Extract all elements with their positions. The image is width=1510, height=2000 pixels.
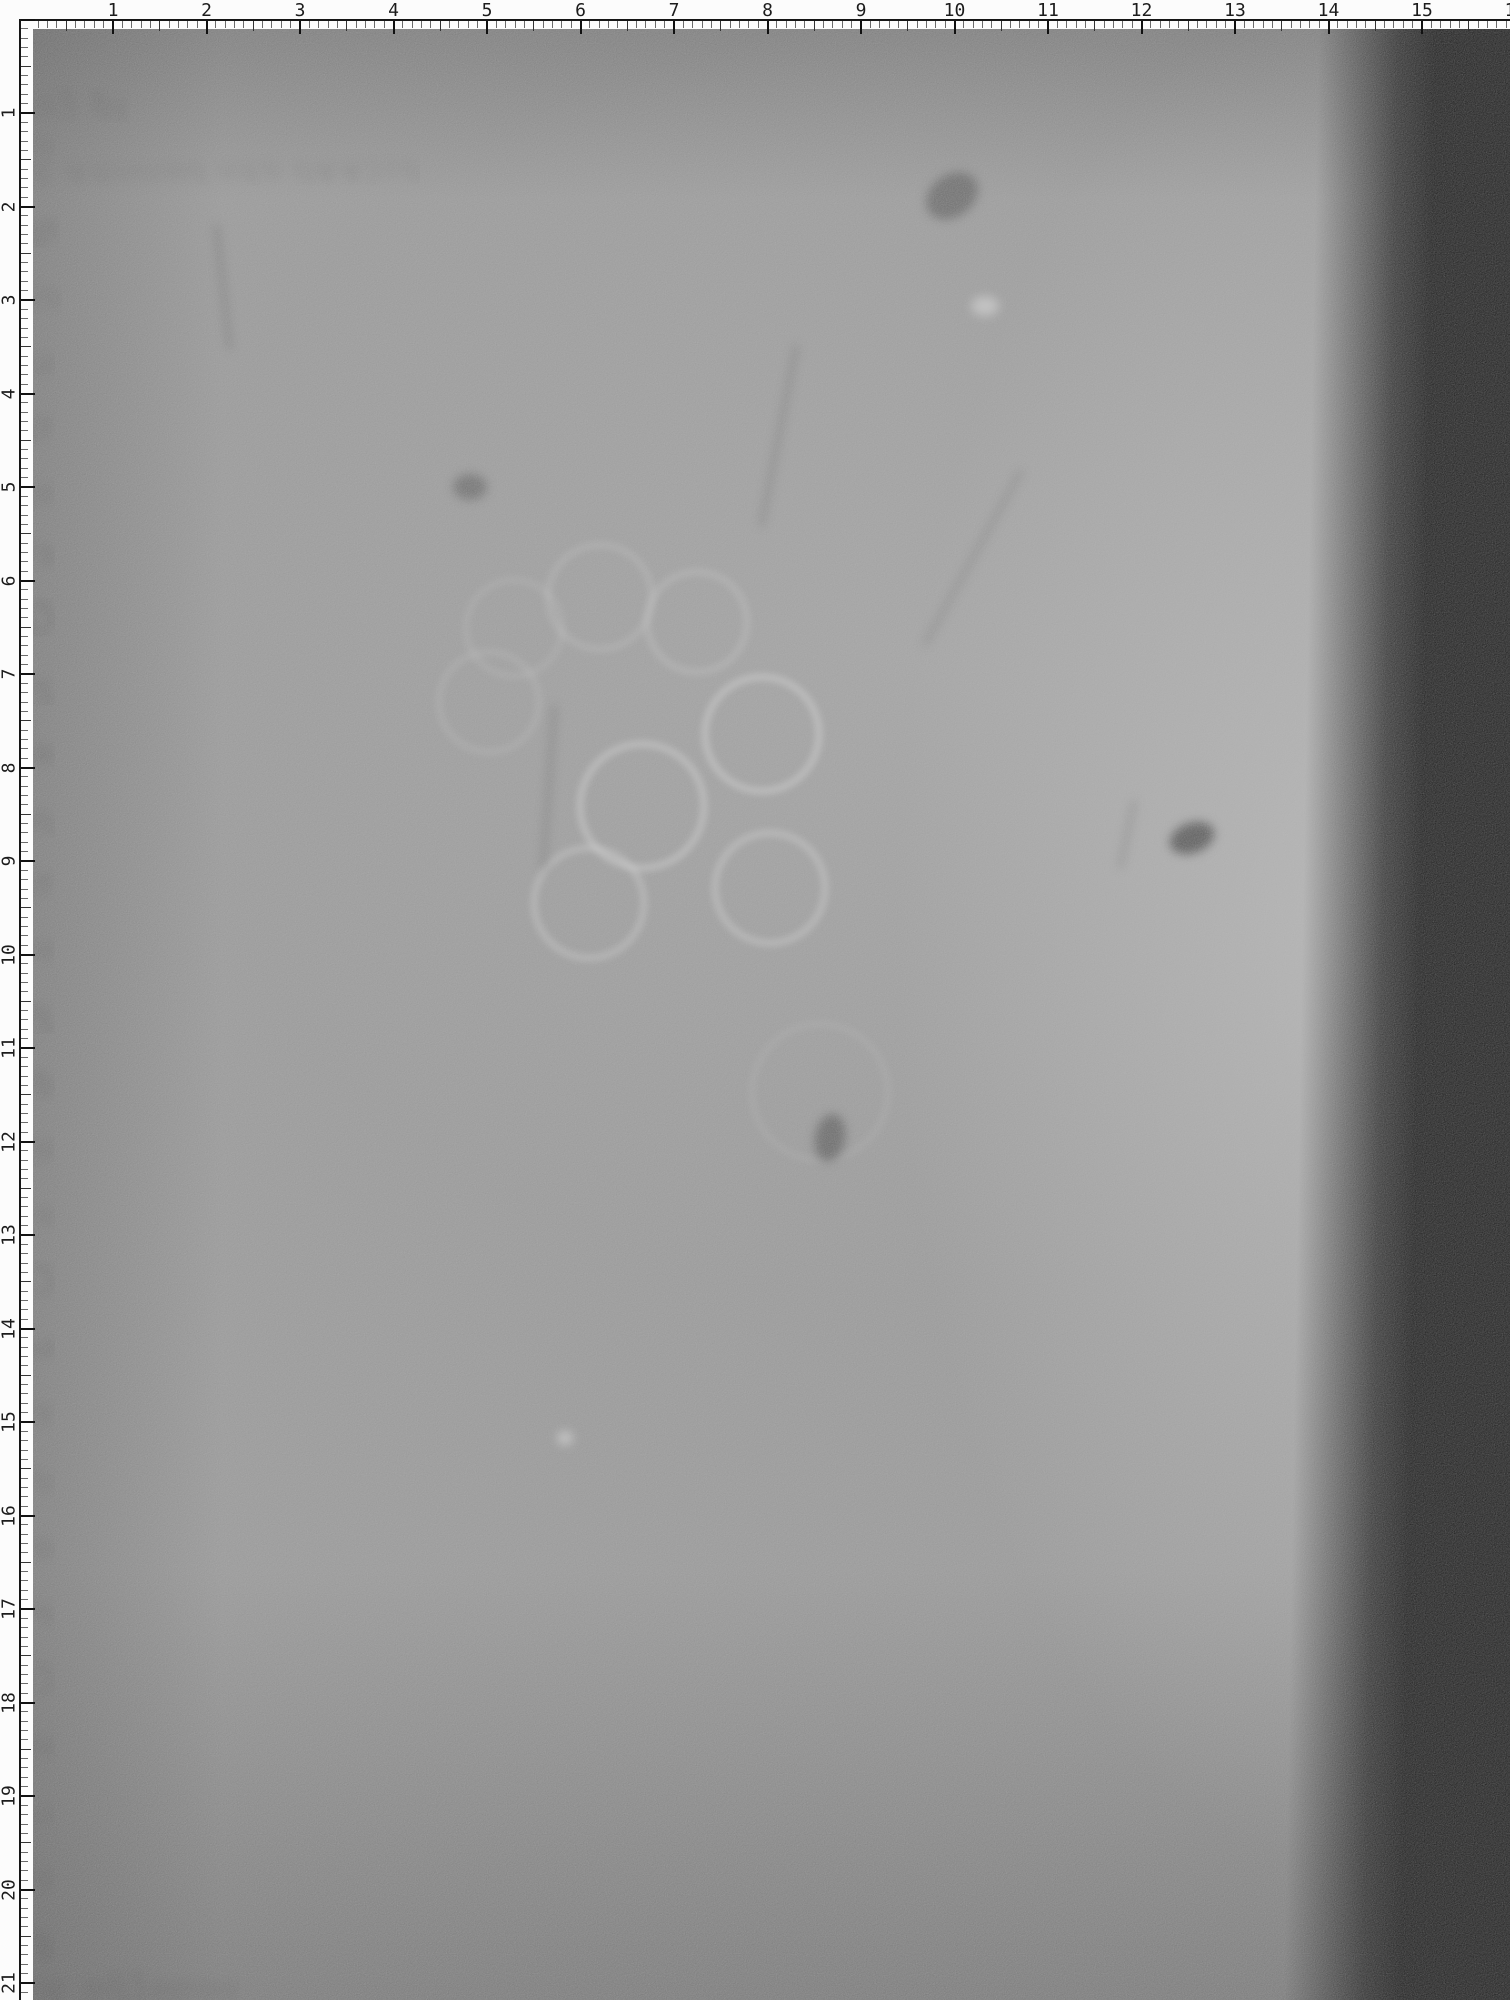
ruler-tick: [748, 21, 749, 28]
ruler-tick: [131, 21, 132, 28]
ruler-tick: [21, 823, 28, 824]
ruler-tick: [21, 1889, 35, 1891]
ruler-tick: [21, 1253, 28, 1254]
ruler-tick: [21, 702, 28, 703]
ruler-tick: [1066, 21, 1067, 28]
ink-blot: [811, 1112, 849, 1164]
ruler-tick: [21, 1814, 28, 1815]
ruler-tick: [21, 617, 28, 618]
ruler-tick: [243, 21, 244, 28]
ruler-tick: [21, 982, 28, 983]
ruler-tick: [150, 21, 151, 28]
ruler-tick: [21, 1562, 31, 1563]
ruler-tick: [21, 673, 35, 675]
ruler-left-label: 15: [0, 1411, 20, 1433]
ruler-tick: [1506, 21, 1507, 28]
ruler-tick: [21, 898, 28, 899]
ruler-top-label: 13: [1224, 0, 1246, 21]
ruler-tick: [1468, 21, 1469, 31]
ruler-tick: [21, 56, 28, 57]
ruler-tick: [449, 21, 450, 28]
ruler-tick: [21, 328, 28, 329]
ruler-tick: [21, 374, 28, 375]
ruler-tick: [21, 608, 28, 609]
ruler-tick: [1216, 21, 1217, 28]
ink-stroke: [541, 705, 556, 870]
ruler-tick: [206, 21, 208, 34]
ruler-left-label: 10: [0, 944, 20, 966]
ruler-tick: [21, 1842, 31, 1843]
ruler-tick: [636, 21, 637, 28]
ruler-tick: [21, 290, 28, 291]
ink-stroke: [760, 345, 798, 527]
ruler-tick: [1038, 21, 1039, 28]
ruler-tick: [21, 1973, 28, 1974]
ruler-left-label: 17: [0, 1598, 20, 1620]
ruler-tick: [1225, 21, 1226, 28]
ruler-tick: [477, 21, 478, 28]
ruler-tick: [21, 1721, 28, 1722]
ruler-tick: [21, 1169, 28, 1170]
ruler-tick: [515, 21, 516, 28]
ruler-tick: [496, 21, 497, 28]
ruler-tick: [711, 21, 712, 28]
ruler-tick: [21, 580, 35, 582]
ruler-tick: [21, 1337, 28, 1338]
ruler-tick: [21, 1356, 28, 1357]
ruler-tick: [21, 767, 35, 769]
ruler-tick: [21, 1777, 28, 1778]
ruler-tick: [21, 1216, 28, 1217]
ruler-tick: [907, 21, 908, 31]
ruler-tick: [21, 1150, 28, 1151]
ruler-tick: [21, 1852, 28, 1853]
ruler-tick: [1309, 21, 1310, 28]
ruler-tick: [309, 21, 310, 28]
ruler-tick: [21, 47, 28, 48]
ruler-tick: [384, 21, 385, 28]
ruler-tick: [1272, 21, 1273, 28]
ruler-tick: [683, 21, 684, 28]
ruler-top-label: 10: [944, 0, 966, 21]
ruler-tick: [1206, 21, 1207, 28]
ruler-left-label: 12: [0, 1131, 20, 1153]
ruler-tick: [21, 75, 28, 76]
ink-blot: [917, 163, 987, 230]
ruler-tick: [21, 973, 28, 974]
ruler-tick: [21, 421, 28, 422]
ruler-tick: [982, 21, 983, 28]
ruler-tick: [21, 112, 35, 114]
ruler-tick: [692, 21, 693, 28]
ruler-tick: [21, 1197, 28, 1198]
ruler-tick: [21, 571, 28, 572]
ruler-tick: [21, 430, 28, 431]
ink-stroke: [215, 225, 231, 350]
ruler-tick: [1010, 21, 1011, 28]
manuscript-page: γβ ξοτωυγ μμ γρ εαο οβ σαη ξμοαγξ ωμμυζε…: [33, 29, 1510, 2000]
ruler-tick: [627, 21, 628, 31]
ruler-tick: [21, 1122, 28, 1123]
ruler-tick: [21, 963, 28, 964]
ruler-tick: [589, 21, 590, 28]
ruler-tick: [21, 860, 35, 862]
ruler-tick: [21, 1637, 28, 1638]
ruler-tick: [524, 21, 525, 28]
ruler-tick: [21, 589, 28, 590]
ruler-tick: [21, 1010, 28, 1011]
ruler-tick: [1076, 21, 1077, 28]
ruler-tick: [21, 1665, 28, 1666]
ruler-tick: [365, 21, 366, 28]
ruler-tick: [1431, 21, 1432, 28]
ruler-tick: [21, 1926, 28, 1927]
ruler-left-label: 1: [0, 108, 20, 119]
ruler-top-label: 4: [388, 0, 399, 21]
ruler-tick: [21, 1038, 28, 1039]
ruler-tick: [21, 1861, 28, 1862]
ruler-tick: [21, 533, 31, 534]
ruler-tick: [21, 1468, 31, 1469]
ruler-tick: [21, 1206, 28, 1207]
ruler-tick: [21, 1599, 28, 1600]
ruler-top-label: 14: [1318, 0, 1340, 21]
ruler-tick: [860, 21, 862, 34]
ruler-tick: [21, 645, 28, 646]
ruler-tick: [21, 758, 28, 759]
ruler-tick: [21, 991, 28, 992]
ruler-tick: [645, 21, 646, 28]
ruler-top-label: 11: [1037, 0, 1059, 21]
ruler-tick: [580, 21, 582, 34]
ruler-tick: [21, 1365, 28, 1366]
ruler-tick: [543, 21, 544, 28]
ruler-tick: [393, 21, 395, 34]
ruler-tick: [935, 21, 936, 28]
ruler-tick: [1141, 21, 1143, 34]
ruler-tick: [21, 1506, 28, 1507]
ruler-tick: [21, 1375, 31, 1376]
ruler-tick: [21, 150, 28, 151]
ruler-tick: [767, 21, 769, 34]
ruler-tick: [56, 21, 57, 28]
ruler-tick: [21, 1870, 28, 1871]
ruler-tick: [21, 1655, 31, 1656]
ruler-tick: [1234, 21, 1236, 34]
ruler-tick: [926, 21, 927, 28]
ruler-tick: [21, 1674, 28, 1675]
ruler-tick: [21, 1954, 28, 1955]
ruler-tick: [21, 1085, 28, 1086]
ruler-tick: [290, 21, 291, 28]
ruler-tick: [21, 552, 28, 553]
ruler-tick: [1487, 21, 1488, 28]
ruler-tick: [356, 21, 357, 28]
ruler-tick: [814, 21, 815, 31]
ruler-tick: [21, 917, 28, 918]
ruler-tick: [21, 1683, 28, 1684]
ruler-tick: [21, 243, 28, 244]
ruler-tick: [21, 458, 28, 459]
ruler-tick: [21, 496, 28, 497]
ruler-tick: [21, 1590, 28, 1591]
ruler-tick: [505, 21, 506, 28]
ruler-tick: [1478, 21, 1479, 28]
ruler-tick: [720, 21, 721, 31]
ruler-tick: [21, 889, 28, 890]
ruler-left-label: 5: [0, 482, 20, 493]
ruler-tick: [84, 21, 85, 28]
ruler-tick: [21, 253, 31, 254]
ruler-left-label: 11: [0, 1037, 20, 1059]
ruler-tick: [21, 141, 28, 142]
ruler-tick: [21, 1272, 28, 1273]
ruler-tick: [21, 720, 31, 721]
ruler-tick: [21, 1964, 28, 1965]
ruler-tick: [21, 1019, 28, 1020]
ruler-tick: [1113, 21, 1114, 28]
ruler-tick: [21, 1618, 28, 1619]
ruler-tick: [103, 21, 104, 28]
ruler-tick: [66, 21, 67, 31]
ruler-tick: [21, 814, 31, 815]
ruler-tick: [21, 879, 28, 880]
ruler-tick: [21, 1319, 28, 1320]
ruler-tick: [991, 21, 992, 28]
ruler-tick: [21, 66, 31, 67]
ruler-tick: [804, 21, 805, 28]
ruler-tick: [945, 21, 946, 28]
ruler-tick: [337, 21, 338, 28]
ruler-tick: [47, 21, 48, 28]
ruler-tick: [253, 21, 254, 31]
ruler-tick: [1356, 21, 1357, 28]
ruler-tick: [21, 1459, 28, 1460]
ruler-tick: [21, 655, 28, 656]
ruler-tick: [561, 21, 562, 28]
ruler-tick: [21, 169, 28, 170]
ruler-tick: [21, 1057, 28, 1058]
ruler-tick: [21, 1234, 35, 1236]
ruler-tick: [112, 21, 114, 34]
ruler-tick: [21, 1300, 28, 1301]
ruler-tick: [21, 1281, 31, 1282]
ruler-tick: [1160, 21, 1161, 28]
ruler-tick: [21, 907, 31, 908]
ruler-tick: [702, 21, 703, 28]
ink-blot: [453, 474, 487, 500]
ruler-tick: [21, 1749, 31, 1750]
ruler-left-label: 4: [0, 388, 20, 399]
ruler-tick: [21, 178, 28, 179]
ruler-tick: [21, 1711, 28, 1712]
ruler-tick: [21, 935, 28, 936]
paper-bright-spot: [971, 296, 999, 316]
ruler-tick: [21, 1384, 28, 1385]
ruler-tick: [21, 1328, 35, 1330]
ruler-tick: [430, 21, 431, 28]
ruler-tick: [21, 561, 28, 562]
ruler-top-label: 3: [295, 0, 306, 21]
ruler-tick: [617, 21, 618, 28]
ink-stroke: [1118, 800, 1135, 869]
ruler-tick: [215, 21, 216, 28]
ruler-tick: [21, 1403, 28, 1404]
ruler-tick: [21, 271, 28, 272]
ruler-tick: [21, 1347, 28, 1348]
ruler-tick: [21, 346, 31, 347]
ruler-left-label: 20: [0, 1879, 20, 1901]
ruler-tick: [21, 94, 28, 95]
ruler-tick: [870, 21, 871, 28]
scan-viewport: γβ ξοτωυγ μμ γρ εαο οβ σαη ξμοαγξ ωμμυζε…: [0, 0, 1510, 2000]
ruler-left-label: 16: [0, 1505, 20, 1527]
ruler-tick: [21, 505, 28, 506]
ruler-tick: [21, 318, 28, 319]
ruler-tick: [1328, 21, 1330, 34]
ruler-tick: [655, 21, 656, 28]
ruler-left-label: 13: [0, 1224, 20, 1246]
ruler-tick: [21, 1693, 28, 1694]
ruler-tick: [21, 627, 31, 628]
ruler-tick: [21, 1739, 28, 1740]
ruler-tick: [21, 543, 28, 544]
ruler-tick: [21, 1702, 35, 1704]
ruler-tick: [21, 664, 28, 665]
ruler-tick: [21, 795, 28, 796]
ruler-tick: [552, 21, 553, 28]
ruler-tick: [1197, 21, 1198, 28]
ruler-tick: [21, 1824, 28, 1825]
ruler-tick: [786, 21, 787, 28]
paper-bright-spot: [557, 1431, 573, 1445]
ruler-tick: [187, 21, 188, 28]
ink-stroke: [923, 469, 1023, 645]
ruler-tick: [21, 599, 28, 600]
ruler-tick: [318, 21, 319, 28]
ruler-tick: [159, 21, 160, 31]
ruler-tick: [21, 1047, 35, 1049]
ruler-tick: [21, 1917, 28, 1918]
ruler-tick: [1421, 21, 1423, 34]
ruler-tick: [599, 21, 600, 28]
ruler-tick: [1057, 21, 1058, 28]
ruler-tick: [402, 21, 403, 28]
ruler-tick: [1150, 21, 1151, 28]
ruler-tick: [533, 21, 534, 31]
ruler-tick: [21, 486, 35, 488]
ruler-tick: [21, 356, 28, 357]
ruler-vertical: 123456789101112131415161718192021: [0, 0, 33, 2000]
ruler-tick: [486, 21, 488, 34]
ruler-tick: [21, 954, 35, 956]
ruler-tick: [21, 449, 28, 450]
ruler-tick: [21, 1440, 28, 1441]
ruler-tick: [1085, 21, 1086, 28]
ruler-tick: [21, 103, 28, 104]
ruler-tick: [234, 21, 235, 28]
ruler-tick: [1384, 21, 1385, 28]
ruler-tick: [21, 262, 28, 263]
ruler-tick: [21, 1767, 28, 1768]
ruler-tick: [21, 832, 28, 833]
ruler-tick: [1188, 21, 1189, 31]
ruler-tick: [21, 748, 28, 749]
ruler-left-label: 14: [0, 1318, 20, 1340]
ruler-tick: [1029, 21, 1030, 28]
ruler-tick: [21, 19, 35, 21]
ruler-tick: [21, 870, 28, 871]
ruler-tick: [21, 1908, 28, 1909]
ruler-tick: [1496, 21, 1497, 28]
ruler-tick: [262, 21, 263, 28]
ruler-left-label: 19: [0, 1785, 20, 1807]
ruler-tick: [21, 1515, 35, 1517]
ruler-tick: [458, 21, 459, 28]
ruler-tick: [21, 1104, 28, 1105]
ruler-top-label: 2: [201, 0, 212, 21]
ruler-tick: [21, 402, 28, 403]
ruler-tick: [21, 515, 28, 516]
ruler-tick: [21, 1450, 28, 1451]
ruler-tick: [21, 122, 28, 123]
ruler-tick: [664, 21, 665, 28]
ruler-left-label: 9: [0, 856, 20, 867]
ruler-tick: [1132, 21, 1133, 28]
ruler-tick: [21, 1534, 28, 1535]
ink-marks-layer: [33, 29, 1510, 2000]
ruler-tick: [21, 384, 28, 385]
ruler-tick: [21, 1263, 28, 1264]
ruler-tick: [21, 1898, 28, 1899]
ruler-tick: [21, 28, 28, 29]
ruler-tick: [21, 1141, 35, 1143]
ruler-tick: [917, 21, 918, 28]
ruler-tick: [21, 1627, 28, 1628]
ruler-tick: [739, 21, 740, 28]
ruler-tick: [122, 21, 123, 28]
ruler-tick: [1047, 21, 1049, 34]
ruler-tick: [1178, 21, 1179, 28]
ruler-tick: [1459, 21, 1460, 28]
ruler-tick: [21, 1431, 28, 1432]
ruler-tick: [21, 776, 28, 777]
ruler-tick: [21, 1178, 28, 1179]
ruler-tick: [21, 851, 28, 852]
ruler-tick: [21, 159, 31, 160]
ruler-tick: [21, 1132, 28, 1133]
ruler-tick: [21, 1805, 28, 1806]
ruler-tick: [21, 842, 28, 843]
ruler-tick: [1263, 21, 1264, 28]
ruler-tick: [608, 21, 609, 28]
ruler-tick: [21, 692, 28, 693]
ruler-tick: [898, 21, 899, 28]
ruler-tick: [21, 1982, 35, 1984]
ink-blot: [1165, 816, 1218, 860]
ruler-tick: [169, 21, 170, 28]
ruler-tick: [21, 1608, 35, 1610]
ruler-tick: [1403, 21, 1404, 28]
ruler-tick: [1253, 21, 1254, 28]
ruler-horizontal: 012345678910111213141516: [0, 0, 1510, 29]
ruler-tick: [21, 1646, 28, 1647]
ruler-tick: [21, 1113, 28, 1114]
ruler-tick: [1281, 21, 1282, 31]
ruler-tick: [21, 1945, 28, 1946]
ruler-tick: [571, 21, 572, 28]
ruler-tick: [832, 21, 833, 28]
